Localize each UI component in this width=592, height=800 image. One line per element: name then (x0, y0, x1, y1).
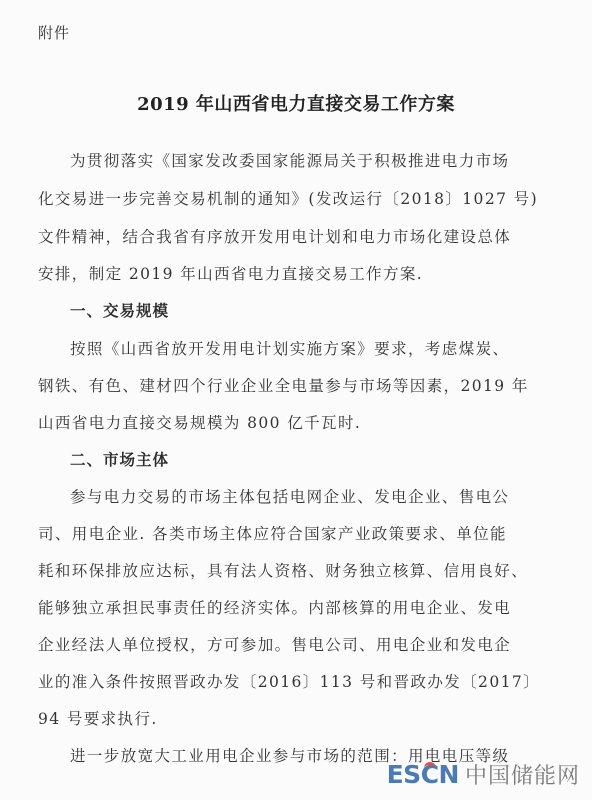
body-text-line: 山西省电力直接交易规模为 800 亿千瓦时. (38, 413, 482, 433)
section-heading: 二、市场主体 (70, 450, 482, 470)
section-heading: 一、交易规模 (70, 301, 482, 321)
watermark-latin: ESCN (387, 760, 459, 789)
body-text-line: 按照《山西省放开发用电计划实施方案》要求，考虑煤炭、 (70, 339, 482, 359)
watermark-es: ES (387, 760, 421, 789)
body-text-line: 文件精神，结合我省有序放开发用电计划和电力市场化建设总体 (38, 227, 482, 247)
body-text-line: 钢铁、有色、建材四个行业企业全电量参与市场等因素，2019 年 (38, 376, 482, 396)
document-page: 附件 2019 年山西省电力直接交易工作方案 为贯彻落实《国家发改委国家能源局关… (0, 0, 592, 800)
body-text-line: 能够独立承担民事责任的经济实体。内部核算的用电企业、发电 (38, 598, 482, 618)
watermark-n: N (439, 760, 459, 789)
body-text-line: 化交易进一步完善交易机制的通知》(发改运行〔2018〕1027 号) (38, 189, 482, 209)
body-text-line: 94 号要求执行. (38, 709, 482, 729)
watermark-c-with-arc: C (421, 760, 439, 789)
body-text-line: 耗和环保排放应达标，具有法人资格、财务独立核算、信用良好、 (38, 561, 482, 581)
attachment-label: 附件 (38, 22, 70, 43)
document-title: 2019 年山西省电力直接交易工作方案 (0, 90, 592, 116)
body-text-line: 业的准入条件按照晋政办发〔2016〕113 号和晋政办发〔2017〕 (38, 672, 482, 692)
body-text-line: 企业经法人单位授权，方可参加。售电公司、用电企业和发电企 (38, 635, 482, 655)
escn-watermark-logo: ESCN 中国储能网 (387, 759, 580, 790)
body-text-line: 为贯彻落实《国家发改委国家能源局关于积极推进电力市场 (70, 151, 482, 171)
watermark-chinese: 中国储能网 (465, 759, 580, 790)
body-text-line: 安排，制定 2019 年山西省电力直接交易工作方案. (38, 264, 482, 284)
body-text-line: 参与电力交易的市场主体包括电网企业、发电企业、售电公 (70, 487, 482, 507)
body-text-line: 司、用电企业. 各类市场主体应符合国家产业政策要求、单位能 (38, 524, 482, 544)
